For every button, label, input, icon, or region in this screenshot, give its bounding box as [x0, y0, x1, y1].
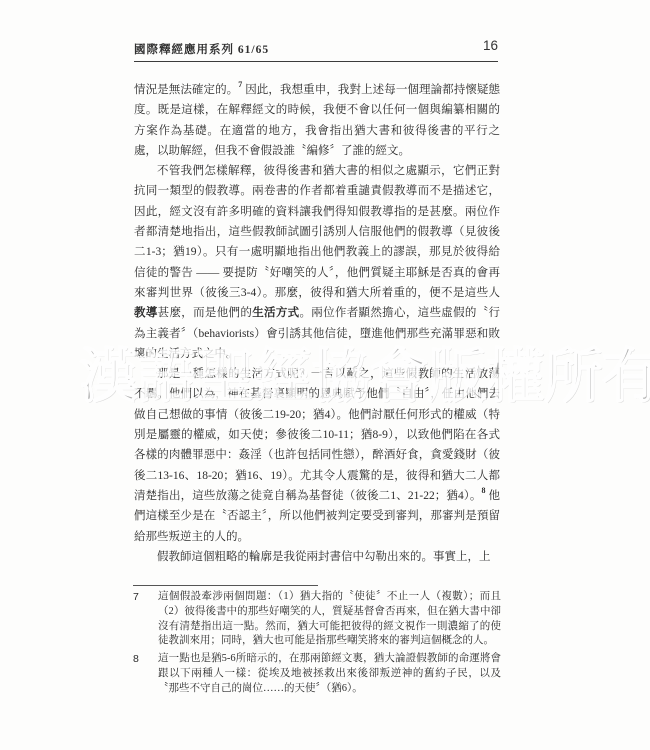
- footnote-reference-marker: 7: [238, 80, 242, 89]
- footnote-row: 8這一點也是猶5-6所暗示的，在那兩節經文裏，猶大論證假教師的命運將會跟以下兩種…: [133, 652, 501, 696]
- footnote-row: 7這個假設牽涉兩個問題：（1）猶大指的〝使徒〞不止一人（複數）；而且（2）彼得後…: [133, 590, 501, 649]
- body-paragraph: 情況是無法確定的。7 因此，我想重申，我對上述每一個理論都持懷疑態度。既是這樣，…: [134, 80, 500, 161]
- running-header-series-title: 國際釋經應用系列 61/65: [134, 41, 269, 57]
- footnotes: 7這個假設牽涉兩個問題：（1）猶大指的〝使徒〞不止一人（複數）；而且（2）彼得後…: [133, 590, 501, 700]
- footnote-number: 8: [133, 652, 158, 696]
- footnote-text: 這一點也是猶5-6所暗示的，在那兩節經文裏，猶大論證假教師的命運將會跟以下兩種人…: [158, 652, 501, 696]
- text-run: 假教師這個粗略的輪廓是我從兩封書信中勾勒出來的。事實上，上: [157, 551, 491, 563]
- text-run: 不管我們怎樣解釋，彼得後書和猶大書的相似之處顯示，它們正對抗同一類型的假教導。兩…: [134, 165, 500, 299]
- footnote-separator: [133, 585, 318, 586]
- text-run: 情況是無法確定的。: [134, 84, 238, 96]
- body-paragraph: 假教師這個粗略的輪廓是我從兩封書信中勾勒出來的。事實上，上: [134, 547, 500, 567]
- body-paragraph: 不管我們怎樣解釋，彼得後書和猶大書的相似之處顯示，它們正對抗同一類型的假教導。兩…: [134, 161, 500, 364]
- page-number: 16: [483, 38, 498, 53]
- watermark-char: 所: [544, 343, 602, 411]
- header-rule: [134, 61, 498, 62]
- book-page: 國際釋經應用系列 61/65 16 情況是無法確定的。7 因此，我想重申，我對上…: [0, 0, 650, 750]
- emphasis-text: 教導: [134, 307, 158, 319]
- watermark-char: 漢: [80, 343, 138, 411]
- body-paragraph: 那是一種怎樣的生活方式呢？一言以蔽之，這些假教師的生活放蕩不羈。他們以為，神在基…: [134, 364, 500, 547]
- emphasis-text: 生活方式: [252, 307, 299, 319]
- footnote-reference-marker: 8: [481, 486, 485, 495]
- body-text: 情況是無法確定的。7 因此，我想重申，我對上述每一個理論都持懷疑態度。既是這樣，…: [134, 80, 500, 567]
- text-run: 甚麼，而是他們的: [158, 307, 253, 319]
- footnote-number: 7: [133, 590, 158, 649]
- footnote-text: 這個假設牽涉兩個問題：（1）猶大指的〝使徒〞不止一人（複數）；而且（2）彼得後書…: [158, 590, 501, 649]
- text-run: 那是一種怎樣的生活方式呢？一言以蔽之，這些假教師的生活放蕩不羈。他們以為，神在基…: [134, 368, 500, 502]
- watermark-char: 有: [602, 343, 650, 411]
